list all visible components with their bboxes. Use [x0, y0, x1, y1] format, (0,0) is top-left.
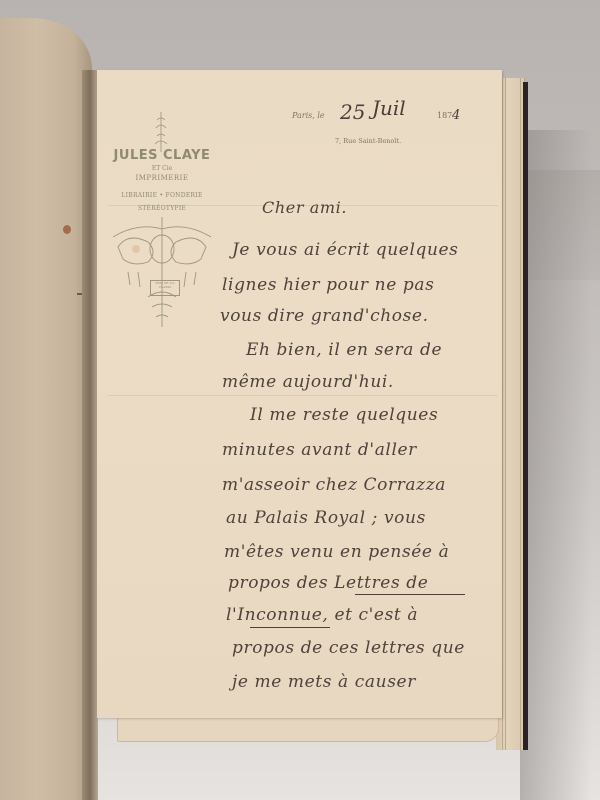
letter-line: vous dire grand'chose.: [220, 306, 429, 326]
date-day: 25: [340, 100, 365, 124]
year-suffix: 4: [452, 108, 460, 123]
letter-line: m'êtes venu en pensée à: [224, 542, 449, 562]
letterhead-imprimerie: IMPRIMERIE: [108, 174, 216, 182]
letter-line: l'Inconnue, et c'est à: [226, 605, 418, 625]
letter-line: m'asseoir chez Corrazza: [222, 475, 446, 495]
ornament-icon: [154, 112, 168, 152]
salutation: Cher ami.: [262, 198, 347, 217]
letter-line: lignes hier pour ne pas: [222, 275, 434, 295]
year-prefix: 187: [437, 111, 452, 120]
letterhead-name: JULES CLAYE: [108, 148, 216, 163]
letter-line: au Palais Royal ; vous: [226, 508, 426, 528]
letterhead-company: ET Cie: [108, 165, 216, 172]
place-prefix: Paris, le: [292, 111, 325, 120]
address: 7, Rue Saint-Benoît.: [335, 137, 401, 145]
letterhead-librairie: LIBRAIRIE • FONDERIE: [104, 192, 220, 199]
book-shadow: [520, 130, 600, 800]
letterhead-stereotypie: STÉRÉOTYPIE: [108, 205, 216, 212]
left-page: [0, 18, 92, 800]
crest-icon: [108, 217, 216, 327]
letter-line: minutes avant d'aller: [222, 440, 417, 460]
letter-line: propos des Lettres de: [228, 573, 428, 593]
underline-inconnue: [250, 627, 330, 628]
photo-scene: JULES CLAYE ET Cie IMPRIMERIE LIBRAIRIE …: [0, 0, 600, 800]
letter-line: je me mets à causer: [232, 672, 416, 692]
book-gutter: [82, 70, 98, 800]
back-cover-edge: [523, 82, 528, 750]
date-month: Juil: [372, 96, 406, 120]
letter-line: Je vous ai écrit quelques: [232, 240, 459, 260]
letter-line: même aujourd'hui.: [222, 372, 394, 392]
letter-line: Il me reste quelques: [250, 405, 438, 425]
letter-line: Eh bien, il en sera de: [246, 340, 442, 360]
letter-line: propos de ces lettres que: [232, 638, 465, 658]
stain-spot: [63, 225, 71, 234]
underline-lettres: [355, 594, 465, 595]
letterhead-plaque: PRIX DE 1re CLASSE: [150, 280, 180, 296]
letterhead: JULES CLAYE ET Cie IMPRIMERIE LIBRAIRIE …: [108, 112, 216, 332]
